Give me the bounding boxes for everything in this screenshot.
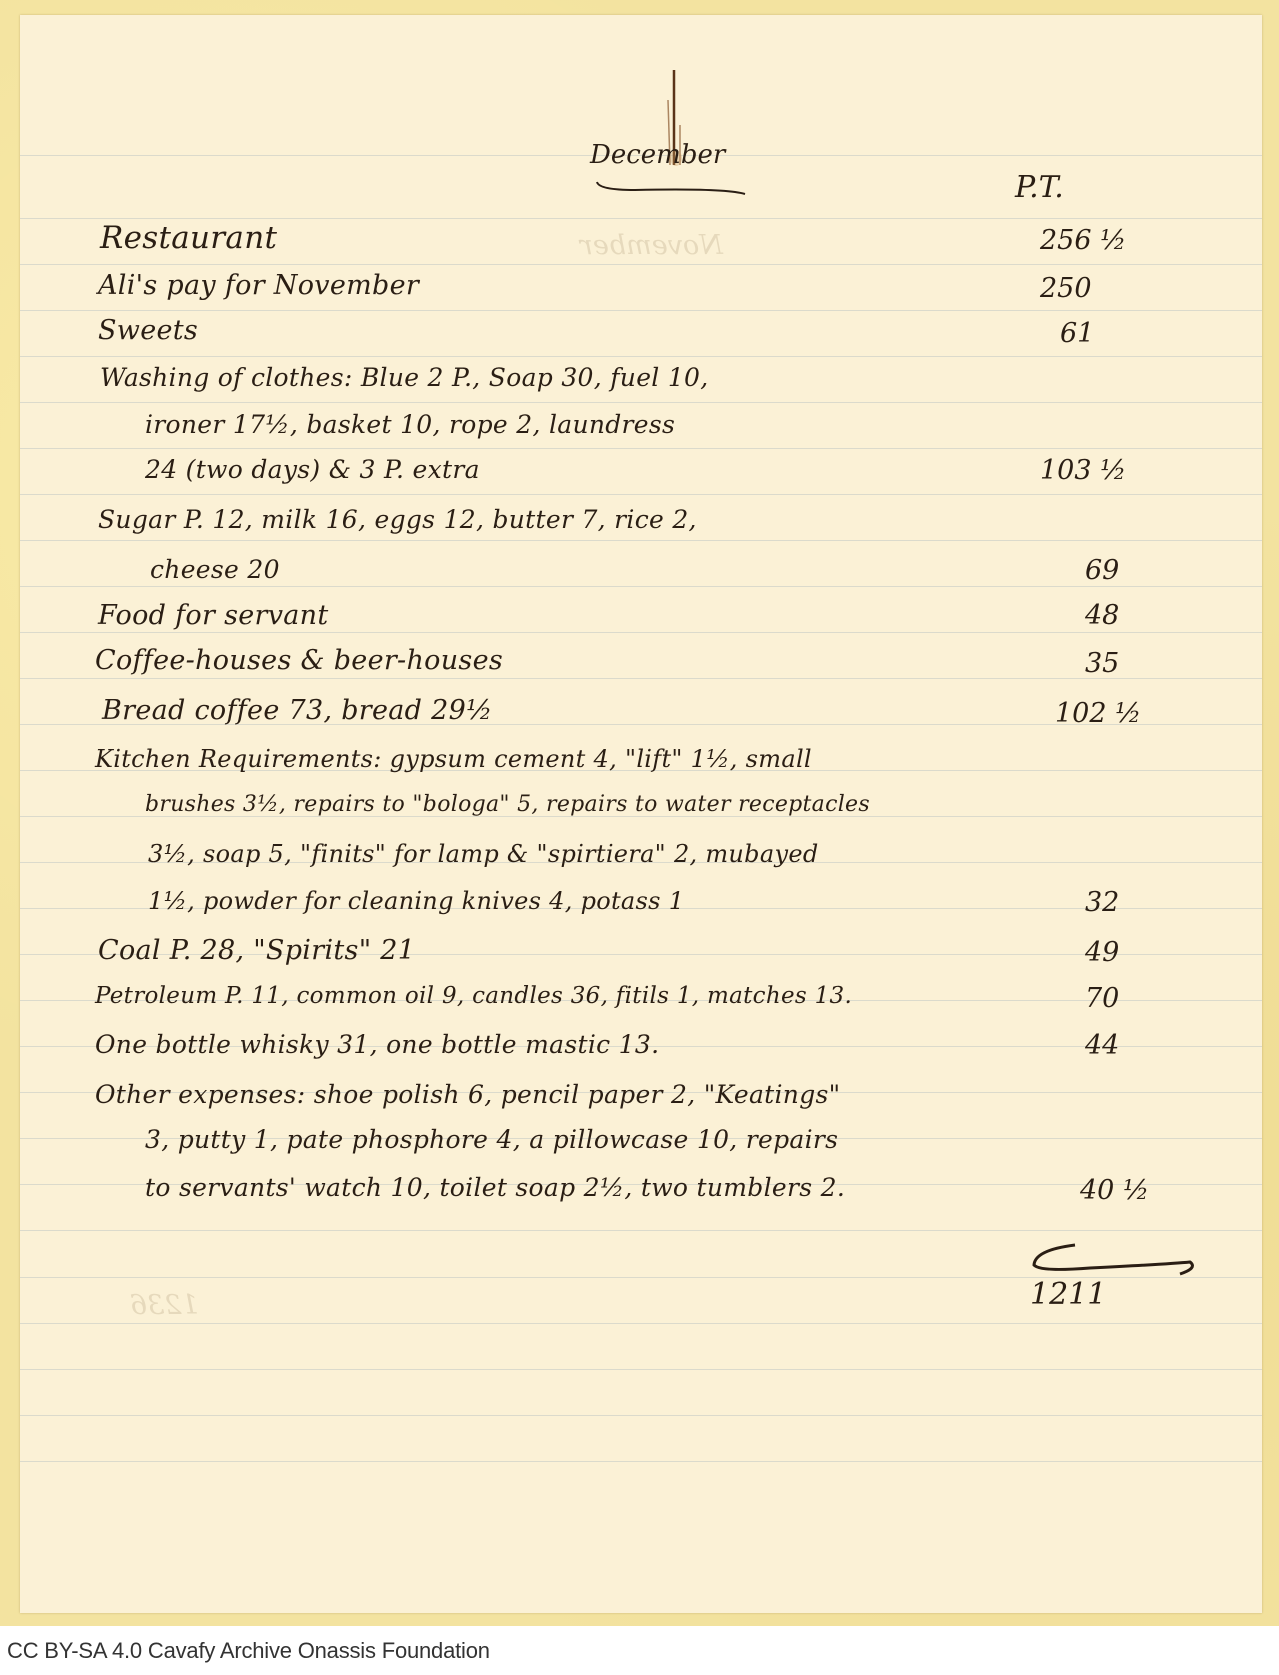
entry-line: Sweets <box>98 315 198 346</box>
ruled-line <box>20 310 1262 311</box>
ruled-line <box>20 448 1262 449</box>
license-caption: CC BY-SA 4.0 Cavafy Archive Onassis Foun… <box>7 1638 490 1664</box>
entry-line: 1½, powder for cleaning knives 4, potass… <box>148 887 684 915</box>
entry-amount: 70 <box>1085 983 1119 1014</box>
entry-line: Other expenses: shoe polish 6, pencil pa… <box>95 1080 840 1109</box>
ruled-line <box>20 402 1262 403</box>
entry-line: Bread coffee 73, bread 29½ <box>102 695 493 726</box>
entry-amount: 35 <box>1085 648 1119 679</box>
entry-line: Food for servant <box>98 600 329 631</box>
ruled-line <box>20 264 1262 265</box>
ruled-line <box>20 1323 1262 1324</box>
manuscript-sheet: November 1236 December P.T. Restaurant 2… <box>20 15 1262 1613</box>
entry-line: Restaurant <box>100 220 277 256</box>
entry-line: Petroleum P. 11, common oil 9, candles 3… <box>95 983 852 1009</box>
attribution-footer: CC BY-SA 4.0 Cavafy Archive Onassis Foun… <box>0 1626 1279 1675</box>
entry-line: One bottle whisky 31, one bottle mastic … <box>95 1030 659 1059</box>
ruled-line <box>20 494 1262 495</box>
entry-line: to servants' watch 10, toilet soap 2½, t… <box>145 1173 845 1202</box>
entry-amount: 48 <box>1085 600 1119 631</box>
ruled-line <box>20 586 1262 587</box>
entry-line: 24 (two days) & 3 P. extra <box>145 455 480 484</box>
entry-line: ironer 17½, basket 10, rope 2, laundress <box>145 410 675 439</box>
ruled-line <box>20 356 1262 357</box>
entry-line: Kitchen Requirements: gypsum cement 4, "… <box>95 745 812 773</box>
entry-amount: 49 <box>1085 937 1119 968</box>
entry-line: cheese 20 <box>150 555 280 584</box>
total-flourish-line <box>1030 1240 1200 1280</box>
page-title: December <box>590 140 725 170</box>
entry-amount: 69 <box>1085 555 1119 586</box>
currency-header: P.T. <box>1015 170 1064 205</box>
ruled-line <box>20 218 1262 219</box>
ruled-line <box>20 1461 1262 1462</box>
bleedthrough-title: November <box>580 230 723 261</box>
title-underline <box>595 180 755 198</box>
total-amount: 1211 <box>1030 1277 1106 1312</box>
bleedthrough-total: 1236 <box>130 1290 199 1321</box>
entry-amount: 61 <box>1060 318 1094 349</box>
entry-amount: 103 ½ <box>1040 455 1126 486</box>
ruled-line <box>20 1415 1262 1416</box>
ruled-line <box>20 540 1262 541</box>
ruled-line <box>20 1369 1262 1370</box>
entry-amount: 44 <box>1085 1030 1119 1061</box>
entry-amount: 32 <box>1085 887 1119 918</box>
entry-line: Washing of clothes: Blue 2 P., Soap 30, … <box>100 363 709 392</box>
ruled-line <box>20 1230 1262 1231</box>
entry-line: Ali's pay for November <box>98 270 419 301</box>
entry-line: 3½, soap 5, "finits" for lamp & "spirtie… <box>148 840 818 868</box>
ruled-line <box>20 678 1262 679</box>
entry-line: 3, putty 1, pate phosphore 4, a pillowca… <box>145 1125 838 1154</box>
entry-line: brushes 3½, repairs to "bologa" 5, repai… <box>145 792 870 817</box>
ruled-line <box>20 632 1262 633</box>
entry-amount: 250 <box>1040 273 1092 304</box>
entry-amount: 102 ½ <box>1055 698 1141 729</box>
entry-line: Coffee-houses & beer-houses <box>95 645 503 676</box>
entry-amount: 40 ½ <box>1080 1175 1149 1206</box>
entry-amount: 256 ½ <box>1040 225 1126 256</box>
entry-line: Coal P. 28, "Spirits" 21 <box>98 935 415 966</box>
entry-line: Sugar P. 12, milk 16, eggs 12, butter 7,… <box>98 505 697 534</box>
